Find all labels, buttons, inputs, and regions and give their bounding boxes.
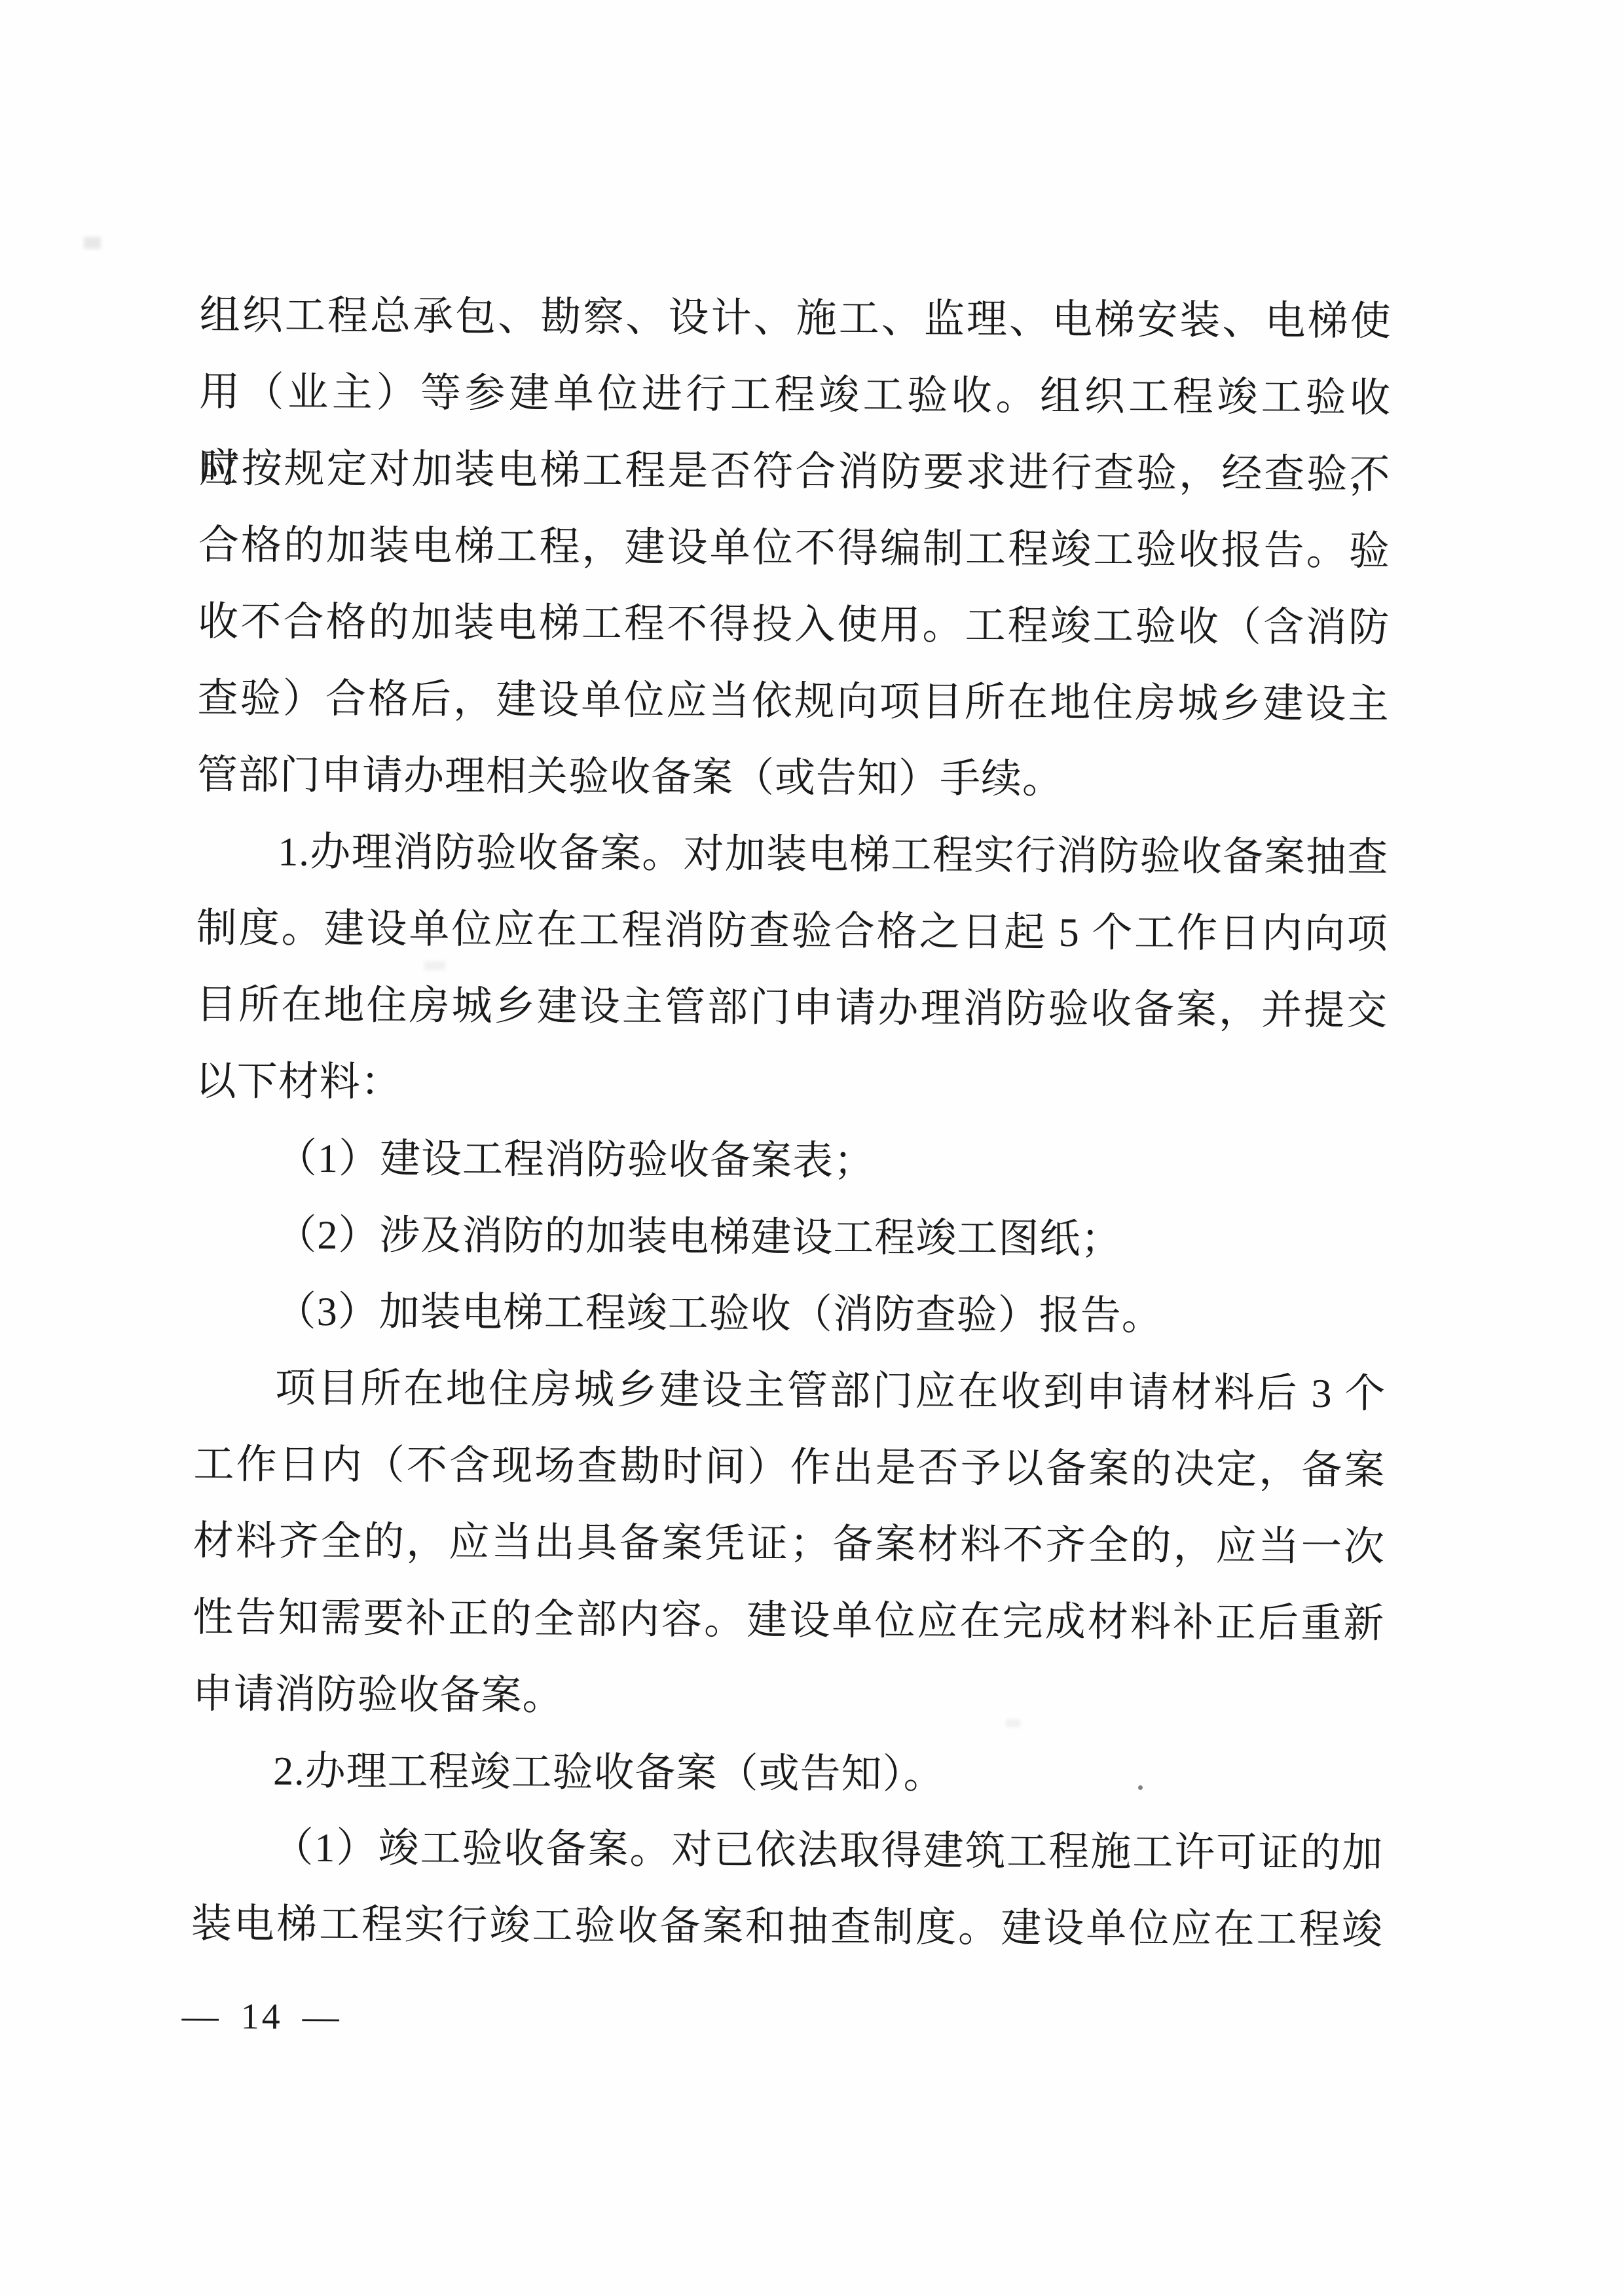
page-number: — 14 — [181, 1978, 342, 2056]
text-line: 装电梯工程实行竣工验收备案和抽查制度。建设单位应在工程竣 [191, 1886, 1384, 1969]
text-line: 查验）合格后，建设单位应当依规向项目所在地住房城乡建设主 [197, 661, 1390, 744]
text-line: 以下材料： [195, 1044, 1388, 1127]
text-line: 目所在地住房城乡建设主管部门申请办理消防验收备案，并提交 [196, 967, 1388, 1050]
text-line: 组织工程总承包、勘察、设计、施工、监理、电梯安装、电梯使 [199, 278, 1392, 361]
scan-artifact-smudge [424, 961, 445, 970]
text-line: 2.办理工程竣工验收备案（或告知）。 [192, 1733, 1384, 1816]
text-line: 合格的加装电梯工程，建设单位不得编制工程竣工验收报告。验 [198, 507, 1391, 591]
text-line: 申请消防验收备案。 [192, 1656, 1384, 1740]
scan-artifact-smudge [84, 237, 101, 249]
text-line: （1）竣工验收备案。对已依法取得建筑工程施工许可证的加 [191, 1810, 1384, 1893]
document-page: 组织工程总承包、勘察、设计、施工、监理、电梯安装、电梯使 用（业主）等参建单位进… [0, 0, 1624, 2296]
text-line: （2）涉及消防的加装电梯建设工程竣工图纸； [194, 1197, 1387, 1280]
text-line: （1）建设工程消防验收备案表； [195, 1120, 1388, 1203]
text-line: 应按规定对加装电梯工程是否符合消防要求进行查验，经查验不 [198, 431, 1391, 514]
text-line: 管部门申请办理相关验收备案（或告知）手续。 [197, 737, 1390, 820]
text-line: 工作日内（不含现场查勘时间）作出是否予以备案的决定，备案 [193, 1427, 1386, 1510]
text-line: 项目所在地住房城乡建设主管部门应在收到申请材料后 3 个 [194, 1350, 1386, 1433]
text-line: 1.办理消防验收备案。对加装电梯工程实行消防验收备案抽查 [196, 814, 1389, 897]
text-line: 材料齐全的，应当出具备案凭证；备案材料不齐全的，应当一次 [193, 1503, 1386, 1586]
scan-artifact-smudge [1006, 1719, 1020, 1727]
document-body-text: 组织工程总承包、勘察、设计、施工、监理、电梯安装、电梯使 用（业主）等参建单位进… [191, 278, 1392, 1969]
scan-artifact-dot [1138, 1785, 1143, 1790]
text-line: 制度。建设单位应在工程消防查验合格之日起 5 个工作日内向项 [196, 890, 1388, 974]
text-line: 收不合格的加装电梯工程不得投入使用。工程竣工验收（含消防 [198, 584, 1390, 667]
text-line: 用（业主）等参建单位进行工程竣工验收。组织工程竣工验收时， [199, 354, 1392, 437]
text-line: 性告知需要补正的全部内容。建设单位应在完成材料补正后重新 [193, 1580, 1385, 1663]
text-line: （3）加装电梯工程竣工验收（消防查验）报告。 [194, 1273, 1386, 1357]
